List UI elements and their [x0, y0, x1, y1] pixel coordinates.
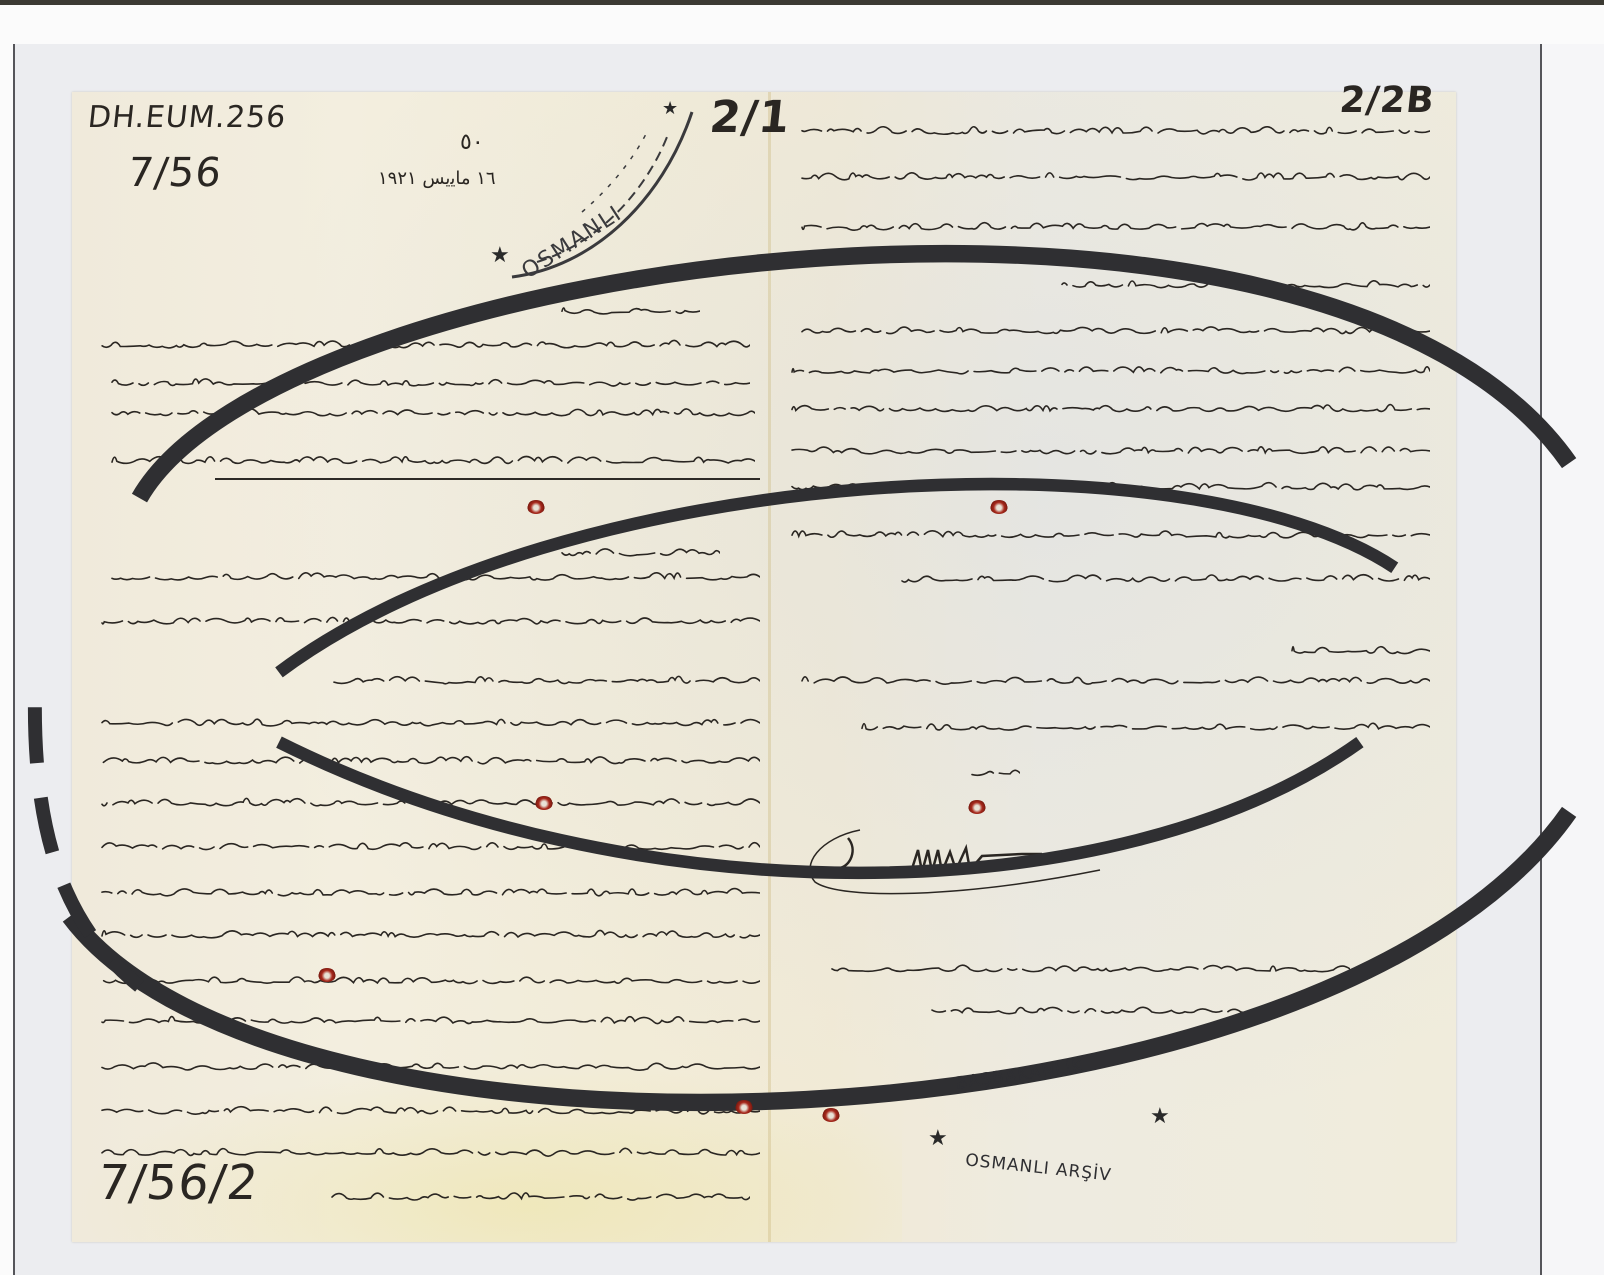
wax-mark [735, 1100, 753, 1114]
wax-mark [990, 500, 1008, 514]
stamp-oval-icon [0, 0, 1604, 1275]
wax-mark [318, 968, 336, 982]
basbakanlik-archive-stamp [0, 0, 230, 140]
wax-mark [968, 800, 986, 814]
star-icon: ★ [928, 1128, 948, 1150]
wax-mark [822, 1108, 840, 1122]
star-icon: ★ [1150, 1106, 1170, 1128]
wax-mark [527, 500, 545, 514]
wax-mark [535, 796, 553, 810]
